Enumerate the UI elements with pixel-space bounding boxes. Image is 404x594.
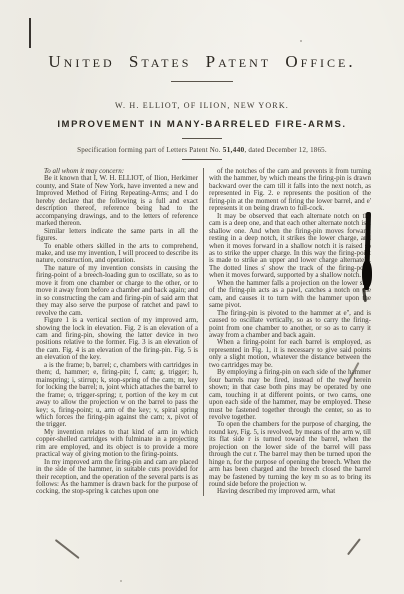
paragraph: It may be observed that each alternate n… <box>209 213 371 280</box>
document-header: United States Patent Office. W. H. ELLIO… <box>0 0 404 160</box>
column-divider <box>203 168 204 496</box>
paragraph: In my improved arm the firing-pin and ca… <box>36 459 198 496</box>
patent-document-page: United States Patent Office. W. H. ELLIO… <box>0 0 404 594</box>
paragraph: Figure 1 is a vertical section of my imp… <box>36 317 198 362</box>
inventor-line: W. H. ELLIOT, OF ILION, NEW YORK. <box>0 101 404 110</box>
left-column: To all whom it may concern: Be it known … <box>36 168 198 496</box>
spec-suffix: , dated December 12, 1865. <box>244 146 326 154</box>
invention-title: IMPROVEMENT IN MANY-BARRELED FIRE-ARMS. <box>0 119 404 130</box>
right-column: of the notches of the cam and prevents i… <box>209 168 371 496</box>
patent-number: 51,440 <box>223 145 245 154</box>
paragraph: To open the chambers for the purpose of … <box>209 421 371 488</box>
specification-line: Specification forming part of Letters Pa… <box>0 145 404 154</box>
paragraph: When the hammer falls a projection on th… <box>209 280 371 310</box>
paragraph: The nature of my invention consists in c… <box>36 265 198 317</box>
paragraph: My invention relates to that kind of arm… <box>36 429 198 459</box>
paragraph: Having described my improved arm, what <box>209 488 371 495</box>
paragraph: a is the frame; b, barrel; c, chambers w… <box>36 362 198 429</box>
paragraph: The firing-pin is pivoted to the hammer … <box>209 310 371 340</box>
header-divider <box>171 81 233 82</box>
title-divider <box>182 138 222 139</box>
body-columns: To all whom it may concern: Be it known … <box>0 168 404 496</box>
patent-office-title: United States Patent Office. <box>0 52 404 72</box>
spec-prefix: Specification forming part of Letters Pa… <box>77 146 222 154</box>
paragraph: of the notches of the cam and prevents i… <box>209 168 371 213</box>
paragraph: To enable others skilled in the arts to … <box>36 243 198 265</box>
spec-divider <box>182 159 222 160</box>
paragraph: When a firing-point for each barrel is e… <box>209 339 371 369</box>
dust-speck <box>120 580 122 582</box>
paragraph: Be it known that I, W. H. ELLIOT, of Ili… <box>36 175 198 227</box>
pen-mark <box>347 538 360 555</box>
paragraph: By employing a firing-pin on each side o… <box>209 369 371 421</box>
paragraph: Similar letters indicate the same parts … <box>36 228 198 243</box>
pen-mark <box>55 539 80 559</box>
